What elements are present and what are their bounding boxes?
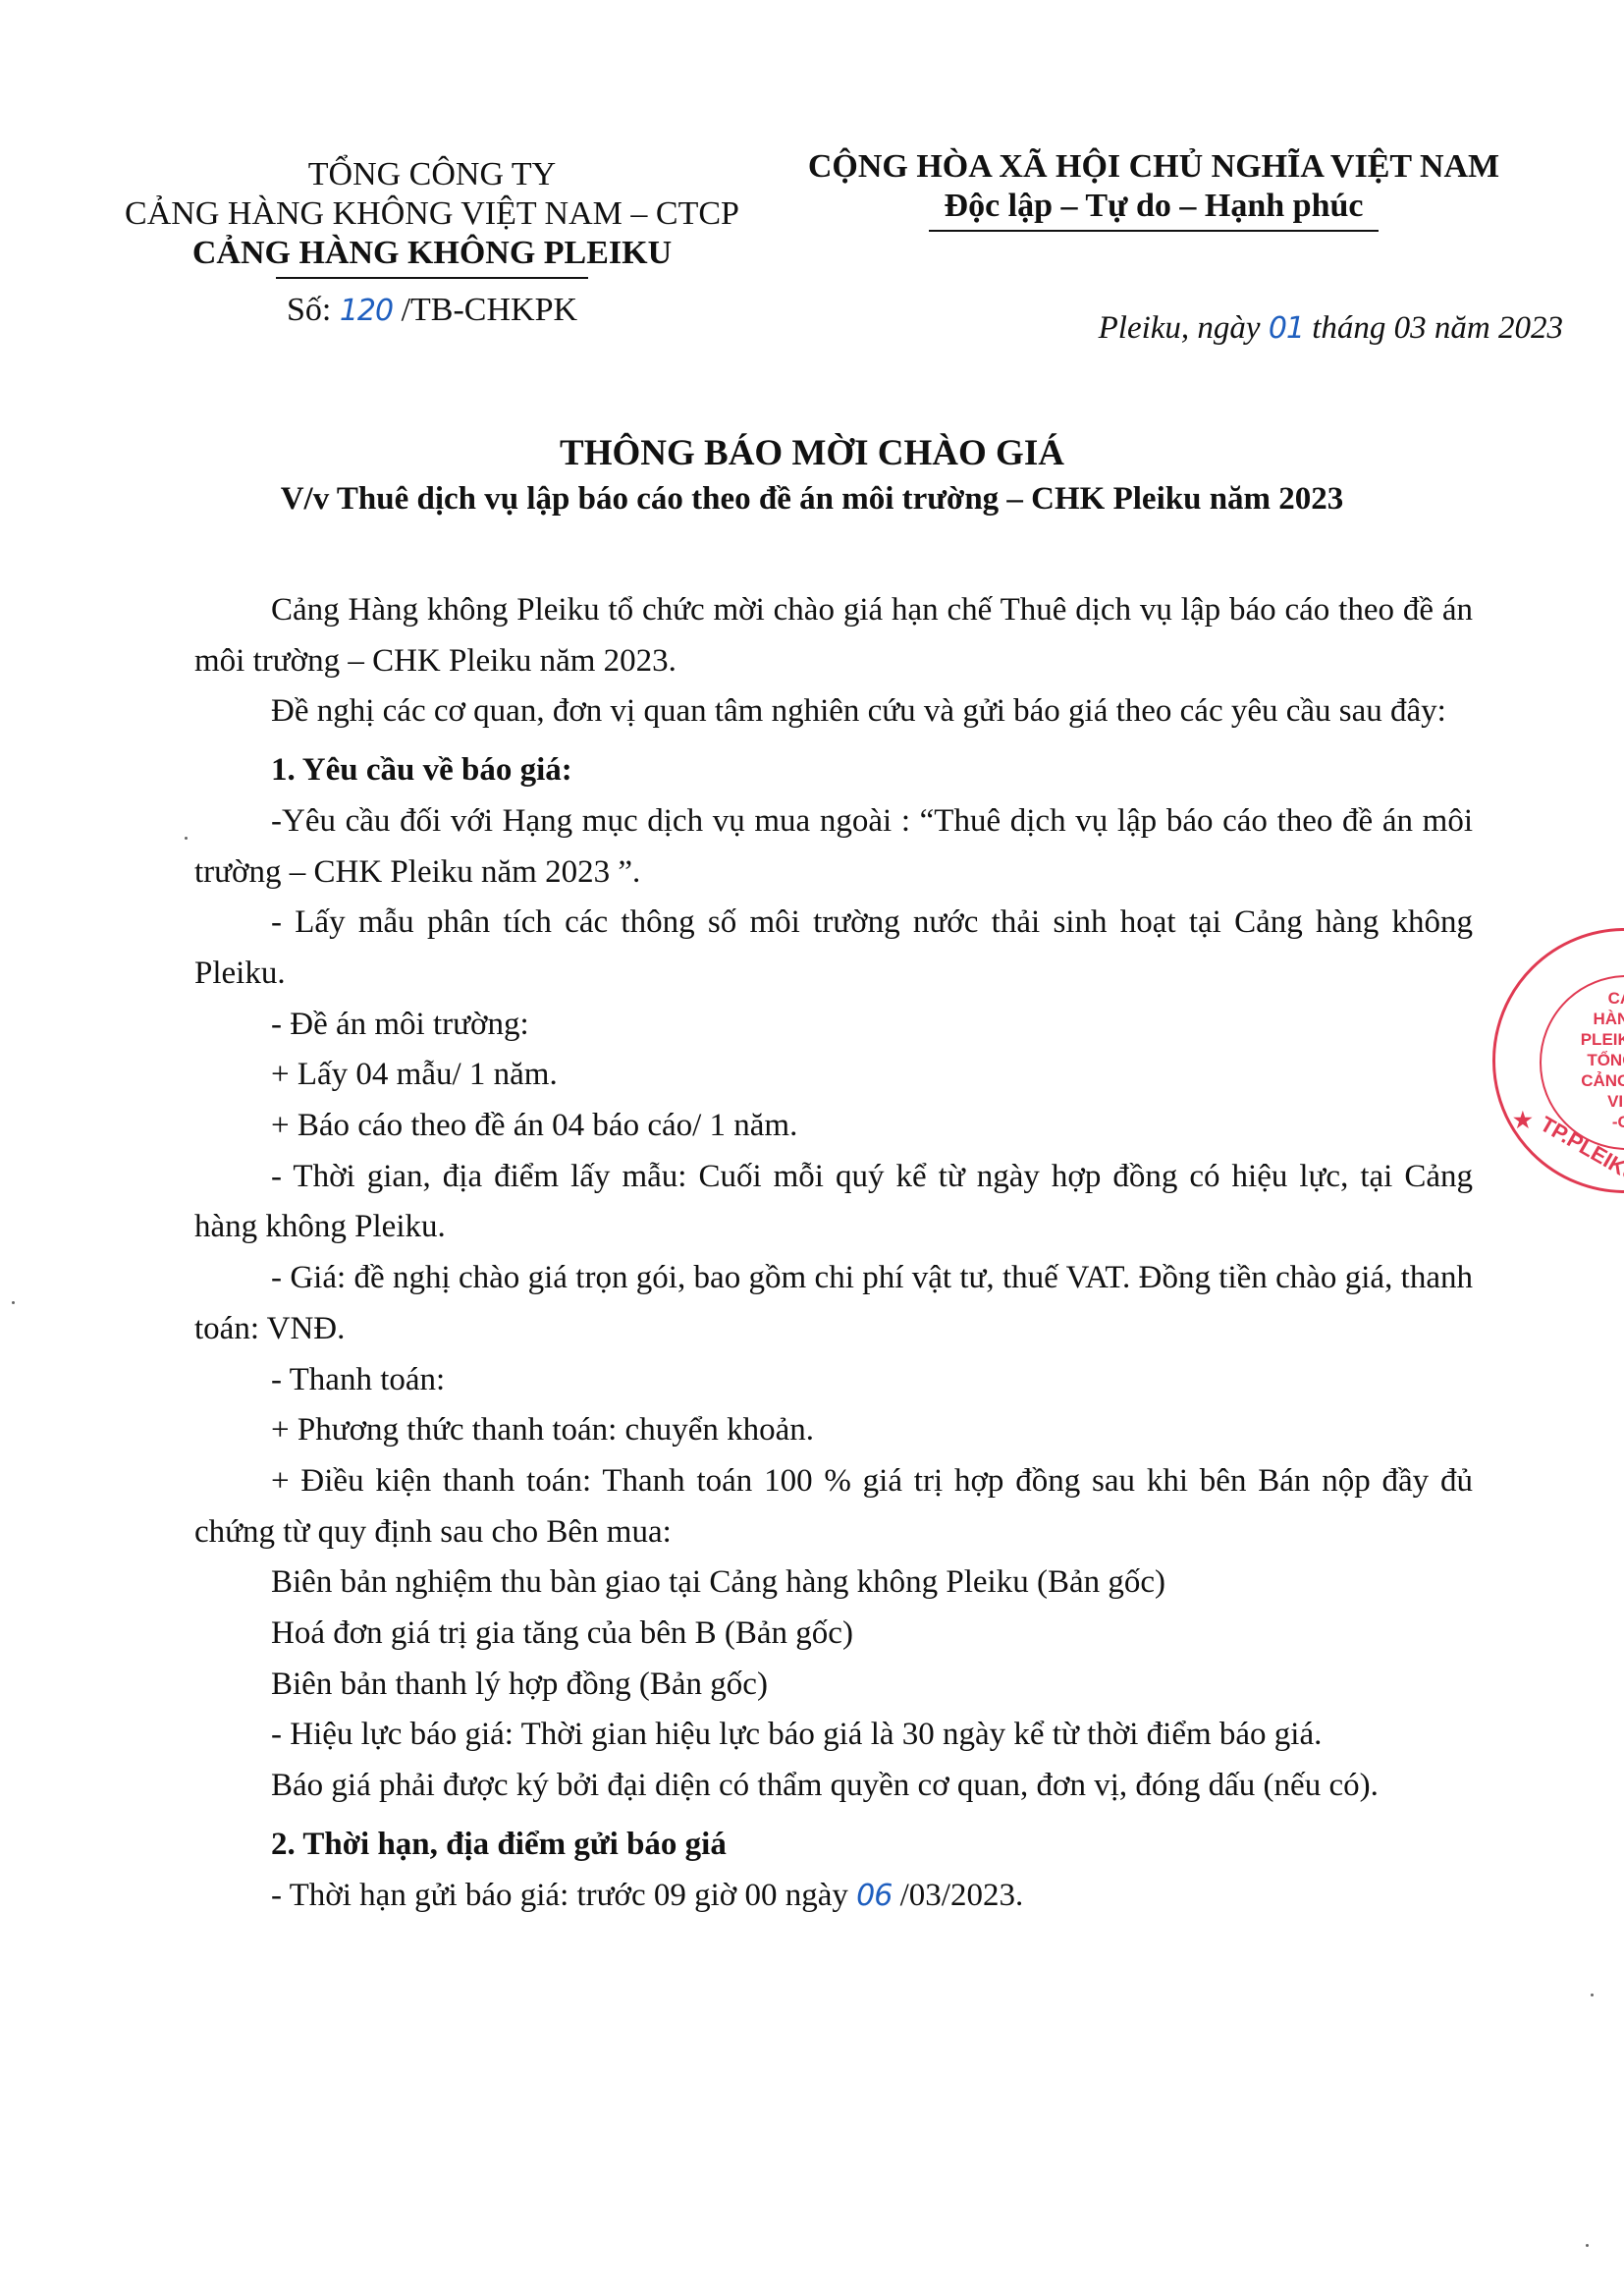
company-seal: M.S.C.N: 0311638 TP.PLEIKU ★ CẢN HÀNG K …	[1492, 928, 1624, 1193]
motto-underline	[929, 230, 1379, 232]
requirement-item: - Hiệu lực báo giá: Thời gian hiệu lực b…	[194, 1710, 1473, 1761]
scan-speck	[1591, 1994, 1594, 1996]
required-document: Biên bản nghiệm thu bàn giao tại Cảng hà…	[194, 1558, 1473, 1609]
issuer-name: CẢNG HÀNG KHÔNG PLEIKU	[98, 234, 766, 273]
date-suffix: tháng 03 năm 2023	[1312, 310, 1563, 346]
seal-line: VIỆT	[1543, 1091, 1624, 1112]
requirement-item: Báo giá phải được ký bởi đại diện có thẩ…	[194, 1761, 1473, 1812]
requirement-item: - Lấy mẫu phân tích các thông số môi trư…	[194, 898, 1473, 999]
number-label: Số:	[287, 292, 331, 328]
requirement-item: -Yêu cầu đối với Hạng mục dịch vụ mua ng…	[194, 796, 1473, 898]
motto: Độc lập – Tự do – Hạnh phúc	[776, 187, 1532, 226]
document-title: THÔNG BÁO MỜI CHÀO GIÁ	[0, 432, 1624, 474]
scan-speck	[185, 837, 188, 840]
issuer-parent-line1: TỔNG CÔNG TY	[98, 155, 766, 194]
requirement-item: - Đề án môi trường:	[194, 1000, 1473, 1051]
section-2-heading: 2. Thời hạn, địa điểm gửi báo giá	[194, 1820, 1473, 1871]
requirement-item: + Điều kiện thanh toán: Thanh toán 100 %…	[194, 1456, 1473, 1558]
seal-ring-text: M.S.C.N: 0311638	[1519, 928, 1624, 968]
seal-line: CẢN	[1543, 988, 1624, 1009]
deadline-line: - Thời hạn gửi báo giá: trước 09 giờ 00 …	[194, 1871, 1473, 1922]
seal-line: TỔNG CÔ	[1543, 1050, 1624, 1070]
required-document: Biên bản thanh lý hợp đồng (Bản gốc)	[194, 1660, 1473, 1711]
scan-speck	[1586, 2244, 1589, 2247]
intro-paragraph-1: Cảng Hàng không Pleiku tổ chức mời chào …	[194, 585, 1473, 686]
section-1-heading: 1. Yêu cầu về báo giá:	[194, 745, 1473, 796]
date-prefix: Pleiku, ngày	[1099, 310, 1261, 346]
document-subtitle: V/v Thuê dịch vụ lập báo cáo theo đề án …	[0, 481, 1624, 518]
scan-speck	[12, 1301, 15, 1304]
requirement-item: - Thời gian, địa điểm lấy mẫu: Cuối mỗi …	[194, 1152, 1473, 1253]
handwritten-number: 120	[340, 294, 393, 328]
document-date: Pleiku, ngày 01 tháng 03 năm 2023	[1099, 310, 1563, 347]
handwritten-deadline-day: 06	[856, 1879, 892, 1913]
seal-line: PLEIKU-CH	[1543, 1029, 1624, 1050]
deadline-prefix: - Thời hạn gửi báo giá: trước 09 giờ 00 …	[271, 1878, 848, 1913]
issuer-parent-line2: CẢNG HÀNG KHÔNG VIỆT NAM – CTCP	[98, 194, 766, 234]
document-body: Cảng Hàng không Pleiku tổ chức mời chào …	[194, 585, 1473, 1921]
issuer-underline	[276, 277, 588, 279]
seal-line: HÀNG K	[1543, 1009, 1624, 1029]
deadline-suffix: /03/2023.	[900, 1878, 1024, 1913]
seal-star-icon: ★	[1513, 1108, 1533, 1133]
handwritten-day: 01	[1269, 311, 1304, 346]
requirement-item: + Báo cáo theo đề án 04 báo cáo/ 1 năm.	[194, 1101, 1473, 1152]
seal-line: -CT	[1543, 1112, 1624, 1132]
requirement-item: - Giá: đề nghị chào giá trọn gói, bao gồ…	[194, 1253, 1473, 1354]
intro-paragraph-2: Đề nghị các cơ quan, đơn vị quan tâm ngh…	[194, 686, 1473, 738]
national-motto-block: CỘNG HÒA XÃ HỘI CHỦ NGHĨA VIỆT NAM Độc l…	[776, 147, 1532, 232]
requirement-item: + Lấy 04 mẫu/ 1 năm.	[194, 1050, 1473, 1101]
issuer-block: TỔNG CÔNG TY CẢNG HÀNG KHÔNG VIỆT NAM – …	[98, 155, 766, 331]
requirement-item: + Phương thức thanh toán: chuyển khoản.	[194, 1405, 1473, 1456]
document-number: Số: 120 /TB-CHKPK	[98, 291, 766, 331]
seal-center-text: CẢN HÀNG K PLEIKU-CH TỔNG CÔ CẢNG HÀN VI…	[1543, 988, 1624, 1132]
requirement-item: - Thanh toán:	[194, 1355, 1473, 1406]
country-name: CỘNG HÒA XÃ HỘI CHỦ NGHĨA VIỆT NAM	[776, 147, 1532, 187]
required-document: Hoá đơn giá trị gia tăng của bên B (Bản …	[194, 1609, 1473, 1660]
number-suffix: /TB-CHKPK	[402, 292, 577, 328]
seal-line: CẢNG HÀN	[1543, 1070, 1624, 1091]
